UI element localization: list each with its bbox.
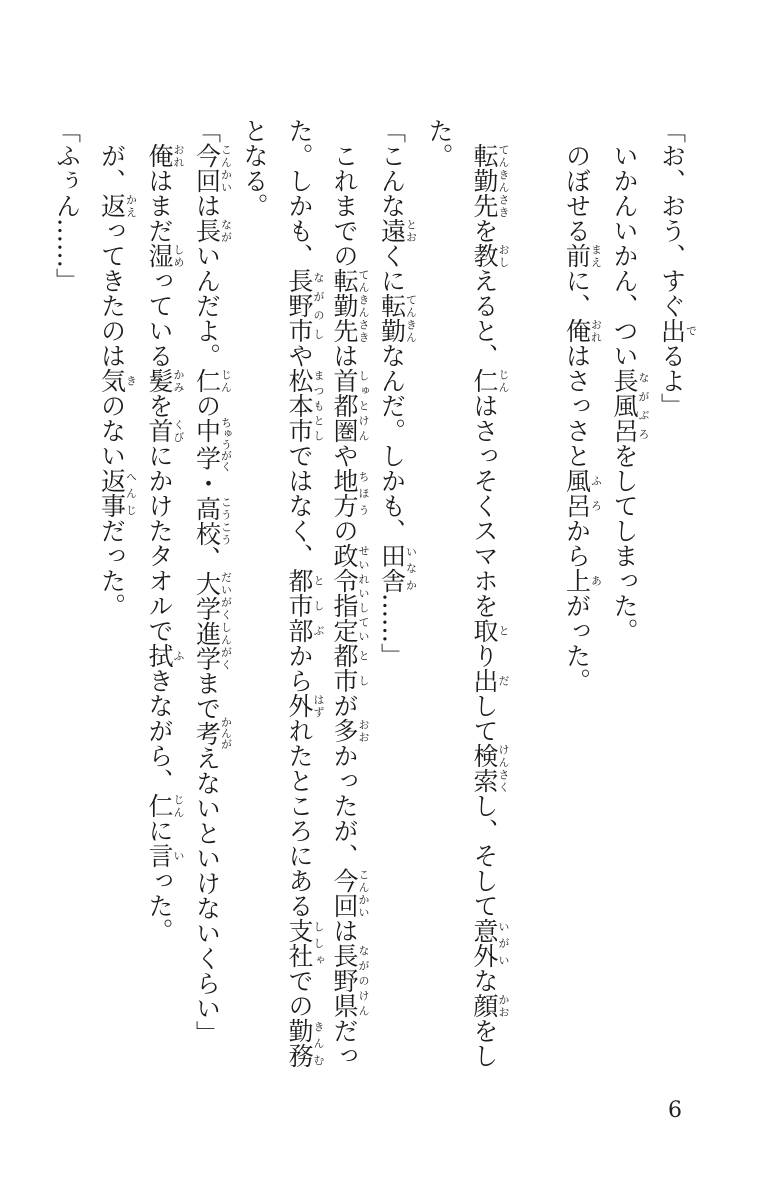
furigana-ruby: 俺おれ (145, 143, 174, 168)
furigana-ruby: 俺おれ (563, 318, 592, 343)
furigana-ruby: 首都圏しゅとけん (330, 368, 359, 443)
furigana-ruby: 都市部としぶ (285, 568, 314, 643)
narration-paragraph: いかんいかん、つい長風呂ながぶろをしてしまった。 (602, 118, 650, 1078)
page-number: 6 (668, 1098, 682, 1123)
furigana-ruby: 都市とし (330, 643, 359, 693)
dialogue-paragraph: 「こんな遠とおくに転勤てんきんなんだ。しかも、田舎いなか……」 (370, 118, 418, 1078)
furigana-ruby: 言い (145, 843, 174, 868)
furigana-ruby: 地方ちほう (330, 468, 359, 518)
scene-break: ​ (510, 118, 555, 1078)
furigana-ruby: 松本市まつもとし (285, 368, 314, 443)
furigana-ruby: 大学進学だいがくしんがく (193, 571, 222, 671)
furigana-ruby: 上あ (563, 568, 592, 593)
furigana-ruby: 田舎いなか (378, 543, 407, 593)
page-text: 「お、おう、すぐ出でるよ」いかんいかん、つい長風呂ながぶろをしてしまった。のぼせ… (45, 118, 698, 1078)
furigana-ruby: 勤務きんむ (285, 1018, 314, 1068)
furigana-ruby: 長野市ながのし (285, 268, 314, 343)
furigana-ruby: 転勤先てんきんさき (470, 143, 499, 218)
furigana-ruby: 政令指定せいれいしてい (330, 543, 359, 643)
furigana-ruby: 顔かお (470, 993, 499, 1018)
dialogue-paragraph: 「今回こんかいは長ながいんだよ。仁じんの中学ちゅうがく・高校こうこう、大学進学だ… (185, 118, 233, 1078)
dialogue-paragraph: 「お、おう、すぐ出でるよ」 (650, 118, 698, 1078)
furigana-ruby: 湿しめ (145, 243, 174, 268)
furigana-ruby: 今回こんかい (193, 143, 222, 193)
furigana-ruby: 仁じん (193, 368, 222, 393)
furigana-ruby: 拭ふ (145, 643, 174, 668)
furigana-ruby: 返かえ (98, 193, 127, 218)
furigana-ruby: 長風呂ながぶろ (610, 368, 639, 443)
furigana-ruby: 転勤てんきん (378, 293, 407, 343)
dialogue-paragraph: 「ふぅん……」 (45, 118, 90, 1078)
furigana-ruby: 出で (658, 318, 687, 343)
furigana-ruby: 返事へんじ (98, 468, 127, 518)
furigana-ruby: 首くび (145, 418, 174, 443)
furigana-ruby: 風呂ふろ (563, 468, 592, 518)
furigana-ruby: 髪かみ (145, 368, 174, 393)
furigana-ruby: 外はず (285, 693, 314, 718)
furigana-ruby: 遠とお (378, 218, 407, 243)
furigana-ruby: 気き (98, 368, 127, 393)
furigana-ruby: 意外いがい (470, 918, 499, 968)
furigana-ruby: 長野県ながのけん (330, 943, 359, 1018)
furigana-ruby: 今回こんかい (330, 868, 359, 918)
narration-paragraph: これまでの転勤先てんきんさきは首都圏しゅとけんや地方ちほうの政令指定せいれいして… (232, 118, 370, 1078)
furigana-ruby: 転勤先てんきんさき (330, 268, 359, 343)
furigana-ruby: 仁じん (470, 368, 499, 393)
narration-paragraph: 俺おれはまだ湿しめっている髪かみを首くびにかけたタオルで拭ふきながら、仁じんに言… (137, 118, 185, 1078)
furigana-ruby: 長なが (193, 218, 222, 243)
narration-paragraph: 転勤先てんきんさきを教おしえると、仁じんはさっそくスマホを取とり出だして検索けん… (417, 118, 510, 1078)
furigana-ruby: 出だ (470, 668, 499, 693)
furigana-ruby: 取と (470, 618, 499, 643)
furigana-ruby: 多おお (330, 718, 359, 743)
narration-paragraph: が、返かえってきたのは気きのない返事へんじだった。 (90, 118, 138, 1078)
book-page: 「お、おう、すぐ出でるよ」いかんいかん、つい長風呂ながぶろをしてしまった。のぼせ… (0, 0, 771, 1200)
furigana-ruby: 前まえ (563, 243, 592, 268)
furigana-ruby: 教おし (470, 243, 499, 268)
furigana-ruby: 支社ししゃ (285, 918, 314, 968)
furigana-ruby: 検索けんさく (470, 743, 499, 793)
furigana-ruby: 中学ちゅうがく (193, 418, 222, 471)
furigana-ruby: 高校こうこう (193, 496, 222, 546)
narration-paragraph: のぼせる前まえに、俺おれはさっさと風呂ふろから上あがった。 (555, 118, 603, 1078)
furigana-ruby: 仁じん (145, 793, 174, 818)
furigana-ruby: 考かんが (193, 721, 222, 746)
